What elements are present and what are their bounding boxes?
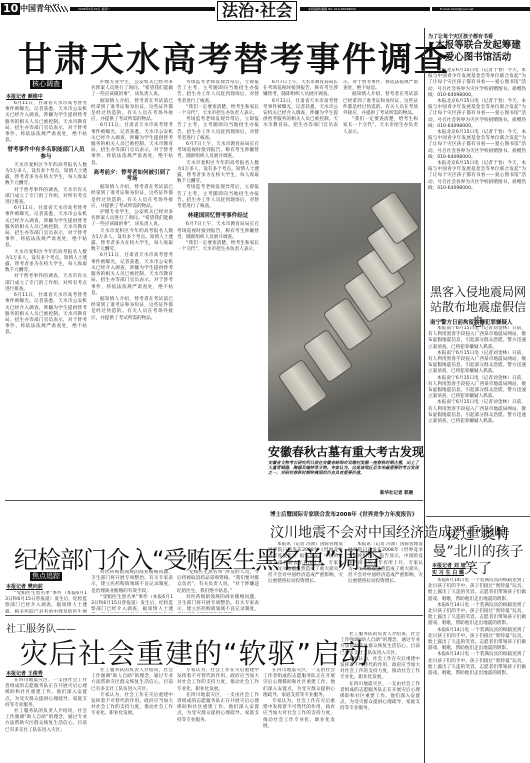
social-work-byline: 本报记者 王俊秀: [6, 670, 43, 677]
lead-column-3: 考场监考老师发现异常后，立即报告了主考，主考随即向当地招生办报告。招生办工作人员…: [177, 80, 259, 420]
social-work-column-5: 社工服务队的负责人介绍说，社会工作强调“助人自助”的理念，通过专业方法帮助灾区群…: [340, 632, 420, 763]
sidebar-divider-h: [426, 516, 530, 517]
date-rule: 2008年6月16日 星期一: [70, 7, 215, 11]
social-work-column-4: 在四川地震灾区，一支由社会工作者组成的志愿服务队正在开展灾后心理援助和社区重建工…: [263, 668, 335, 763]
editor-rule: 本版编辑/潘圆 Tel: 010-64098000: [300, 7, 430, 11]
lead-column-overflow: [263, 183, 267, 441]
economy-kicker: 博士后暨国际专家联合发布2008年《世界竞争力年度报告》: [270, 510, 417, 518]
archaeology-photo: [268, 183, 421, 441]
email-rule: E-mail: fazhi@cyol.net: [432, 7, 530, 11]
photo-caption-title: 安徽春秋古墓有重大考古发现: [268, 443, 424, 460]
lead-kicker: 核心调查: [30, 80, 62, 89]
page-number: 10: [1, 3, 20, 15]
lead-column-4: 6月7日上午，天水市教育局局长在考场巡视时接到报告，称有考生涉嫌替考，随即组织人…: [263, 80, 418, 180]
lead-column-1: 6月11日，甘肃省天水市高考替考事件被曝光。记者获悉，天水市公安机关已经介入调查…: [5, 101, 87, 419]
issue-date: 2008年6月16日 星期一: [70, 7, 215, 11]
social-work-column-2: 社工服务队的负责人介绍说，社会工作强调“助人自助”的理念，通过专业方法帮助灾区群…: [91, 668, 173, 763]
photo-caption-text: 安徽省文物考古研究所日前在安徽省蚌埠市双墩村发掘一座春秋时期古墓，出土了大量青铜…: [268, 460, 421, 476]
economy-body: 本报讯（记者 冯蕾）国际管理发展学院日前发布2008年《世界竞争力年度报告》。报…: [268, 542, 423, 612]
ultraman-body: 本报6月14日电 一个装满玩具的纸箱送到了北川孩子们的手中。孩子们接过“奥特曼”…: [428, 578, 526, 763]
library-kicker: 为了让每个灾区孩子都有书看: [428, 33, 493, 40]
doctor-kicker: 焦点追踪: [30, 572, 62, 581]
divider: [5, 615, 423, 616]
hacker-subhead: 南宁警方日前拘留涉嫌犯罪嫌疑人: [430, 318, 513, 326]
masthead: 10 中国青年报 2008年6月16日 星期一 法治·社会 本版编辑/潘圆 Te…: [0, 0, 530, 24]
hacker-body: 本报南宁6月15日电（记者刘金林）日前，有人利用黑客手段侵入广西某市地震局网站，…: [428, 326, 526, 514]
social-work-headline: 灾后社会重建的“软驱”启动: [20, 632, 370, 672]
divider: [5, 500, 423, 501]
hatch-decoration: [50, 6, 68, 12]
lead-headline: 甘肃天水高考替考事件调查: [18, 32, 450, 81]
lead-byline: 本报记者 颜维中: [6, 93, 43, 100]
editor-info: 本版编辑/潘圆 Tel: 010-64098000: [300, 7, 430, 11]
doctor-column-3: “受贿医生黑名单”涉及的人员，今后将被取消药品采购资格。“我们要对群众负责”，有…: [177, 570, 259, 613]
ultraman-byline-1: 本报记者 刘 旭: [432, 562, 465, 569]
photo-credit: 新华社记者 郭晨: [380, 490, 413, 496]
doctor-column-2: 对医药购销领域的商业贿赂问题，卫生部门将开展专项整治。有关专家表示，建立医药购销…: [91, 570, 173, 613]
section-title: 法治·社会: [217, 1, 297, 21]
social-work-column-1: 在四川地震灾区，一支由社会工作者组成的志愿服务队正在开展灾后心理援助和社区重建工…: [5, 678, 87, 763]
library-headline: 本报等联合发起筹建爱心图书馆活动: [432, 40, 524, 64]
social-work-column-3: 专家认为，社会工作在灾后重建中发挥着不可替代的作用，政府应当加大对社会工作的支持…: [177, 668, 259, 763]
doctor-byline: 本报记者 樊向前: [6, 583, 43, 590]
lead-column-2: 护理专业学生，公安机关已经对多名涉案人员进行了询问。“希望我们能做了一些应该做的…: [91, 80, 173, 420]
sidebar-divider: [424, 28, 425, 763]
email-info: E-mail: fazhi@cyol.net: [432, 7, 530, 11]
library-body: 本报北京6月15日电（记者于春）今天，本报与中国青少年发展基金会等单位联合发起“…: [428, 68, 526, 280]
doctor-column-1: “受贿医生黑名单”事件（本报6月13日和6月15日曾报道）发生后，纪检监察部门已…: [5, 591, 87, 613]
ultraman-byline-2: 实 习 生 白 璐: [432, 569, 464, 576]
